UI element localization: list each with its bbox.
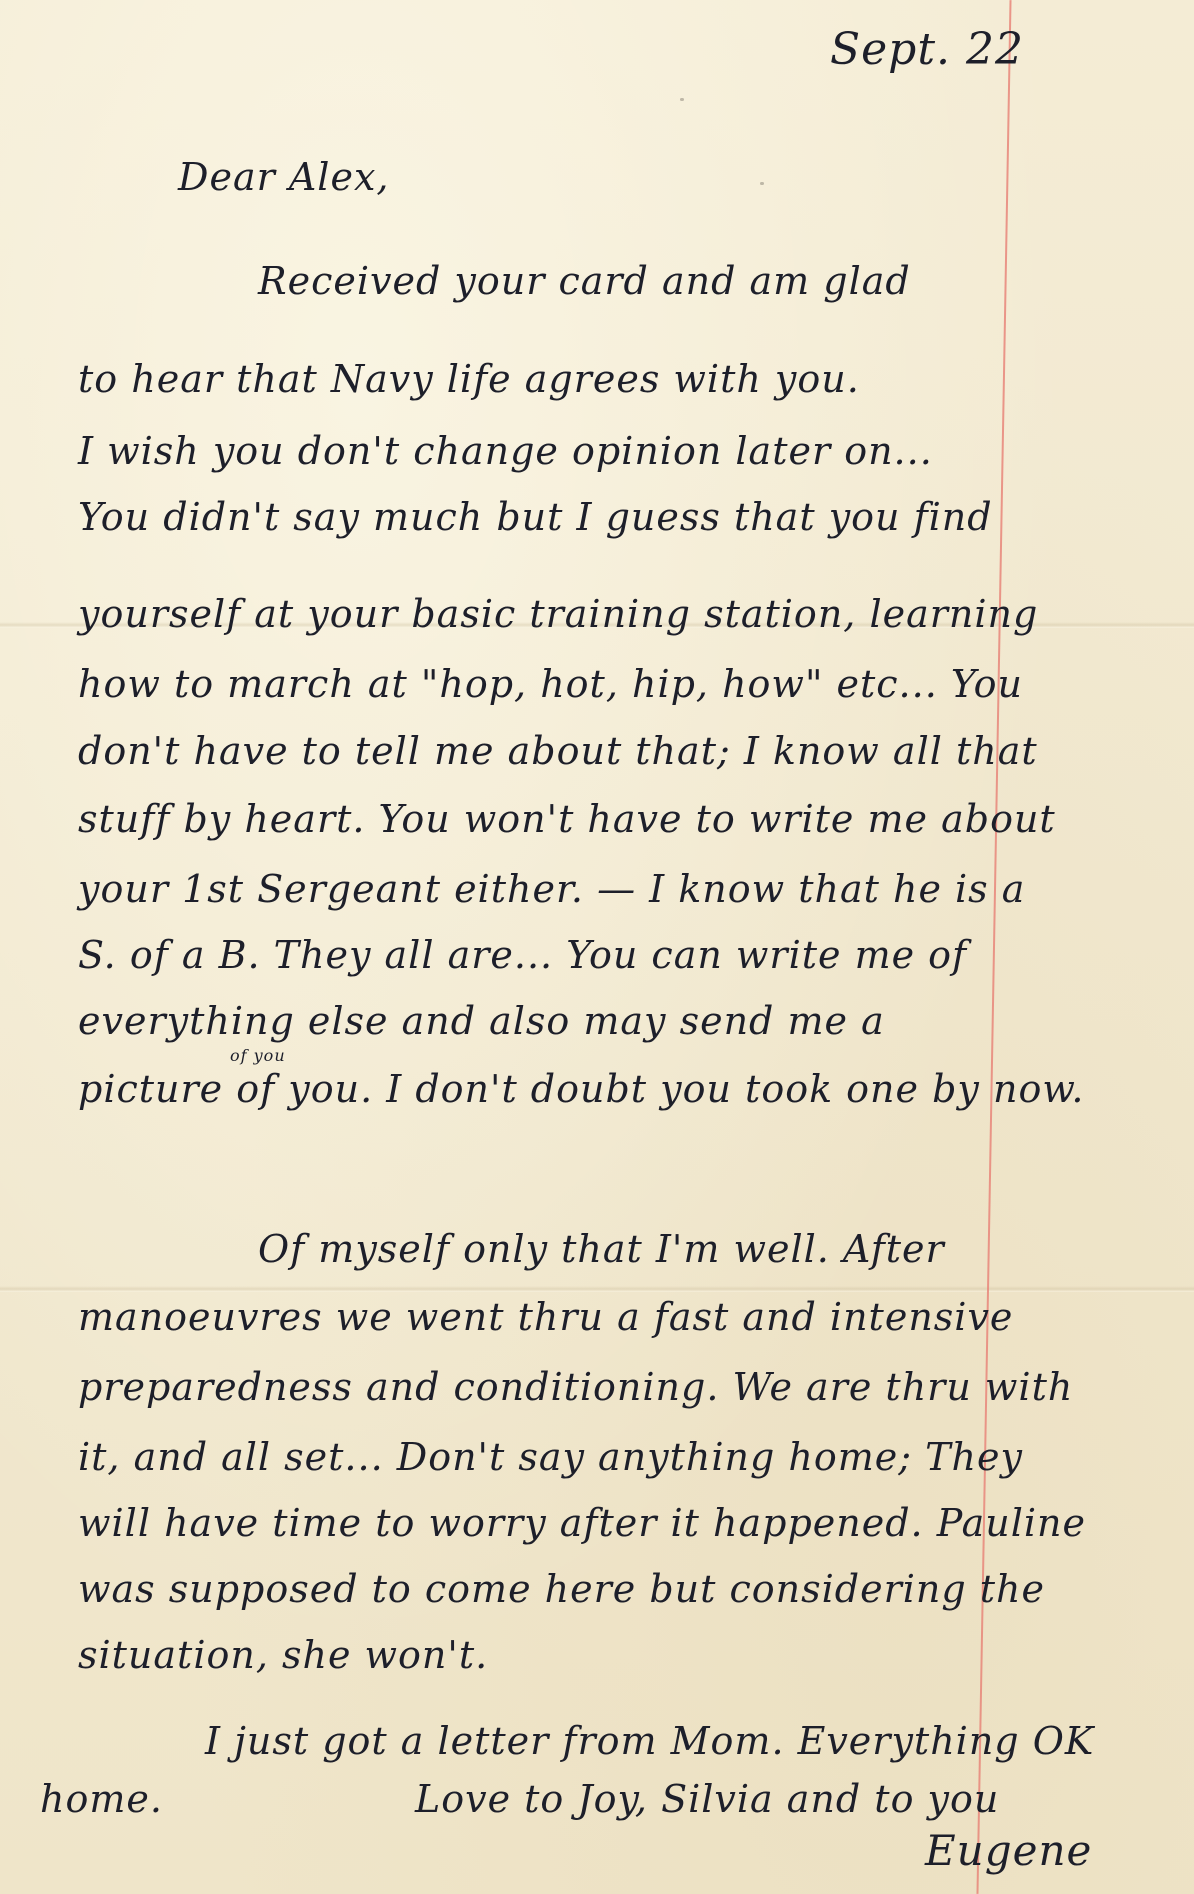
letter-line: don't have to tell me about that; I know… [78,732,1038,770]
closing-line: Love to Joy, Silvia and to you [415,1780,999,1818]
letter-line: how to march at "hop, hot, hip, how" etc… [78,665,1023,703]
letter-line: I wish you don't change opinion later on… [78,432,933,470]
letter-line: your 1st Sergeant either. — I know that … [78,870,1025,908]
letter-line: was supposed to come here but considerin… [78,1570,1045,1608]
signature: Eugene [925,1830,1092,1872]
letter-line: preparedness and conditioning. We are th… [78,1368,1073,1406]
letter-line: S. of a B. They all are... You can write… [78,936,967,974]
letter-line: Of myself only that I'm well. After [258,1230,945,1268]
letter-line: situation, she won't. [78,1636,488,1674]
letter-line: You didn't say much but I guess that you… [78,498,993,536]
letter-line: yourself at your basic training station,… [78,595,1038,633]
paper-speck [680,98,684,101]
salutation: Dear Alex, [178,158,389,196]
letter-page: Sept. 22 Dear Alex, Received your card a… [0,0,1194,1894]
paper-fold [0,1286,1194,1292]
letter-line: stuff by heart. You won't have to write … [78,800,1056,838]
letter-line: everything else and also may send me a [78,1002,885,1040]
letter-line: I just got a letter from Mom. Everything… [205,1722,1094,1760]
letter-line: to hear that Navy life agrees with you. [78,360,860,398]
letter-line: picture of you. I don't doubt you took o… [78,1070,1084,1108]
paper-speck [760,182,764,185]
letter-line: home. [40,1780,163,1818]
insertion-note: of you [230,1048,286,1064]
letter-line: it, and all set... Don't say anything ho… [78,1438,1023,1476]
letter-date: Sept. 22 [830,28,1024,72]
letter-line: will have time to worry after it happene… [78,1504,1086,1542]
letter-line: manoeuvres we went thru a fast and inten… [78,1298,1013,1336]
letter-line: Received your card and am glad [258,262,911,300]
